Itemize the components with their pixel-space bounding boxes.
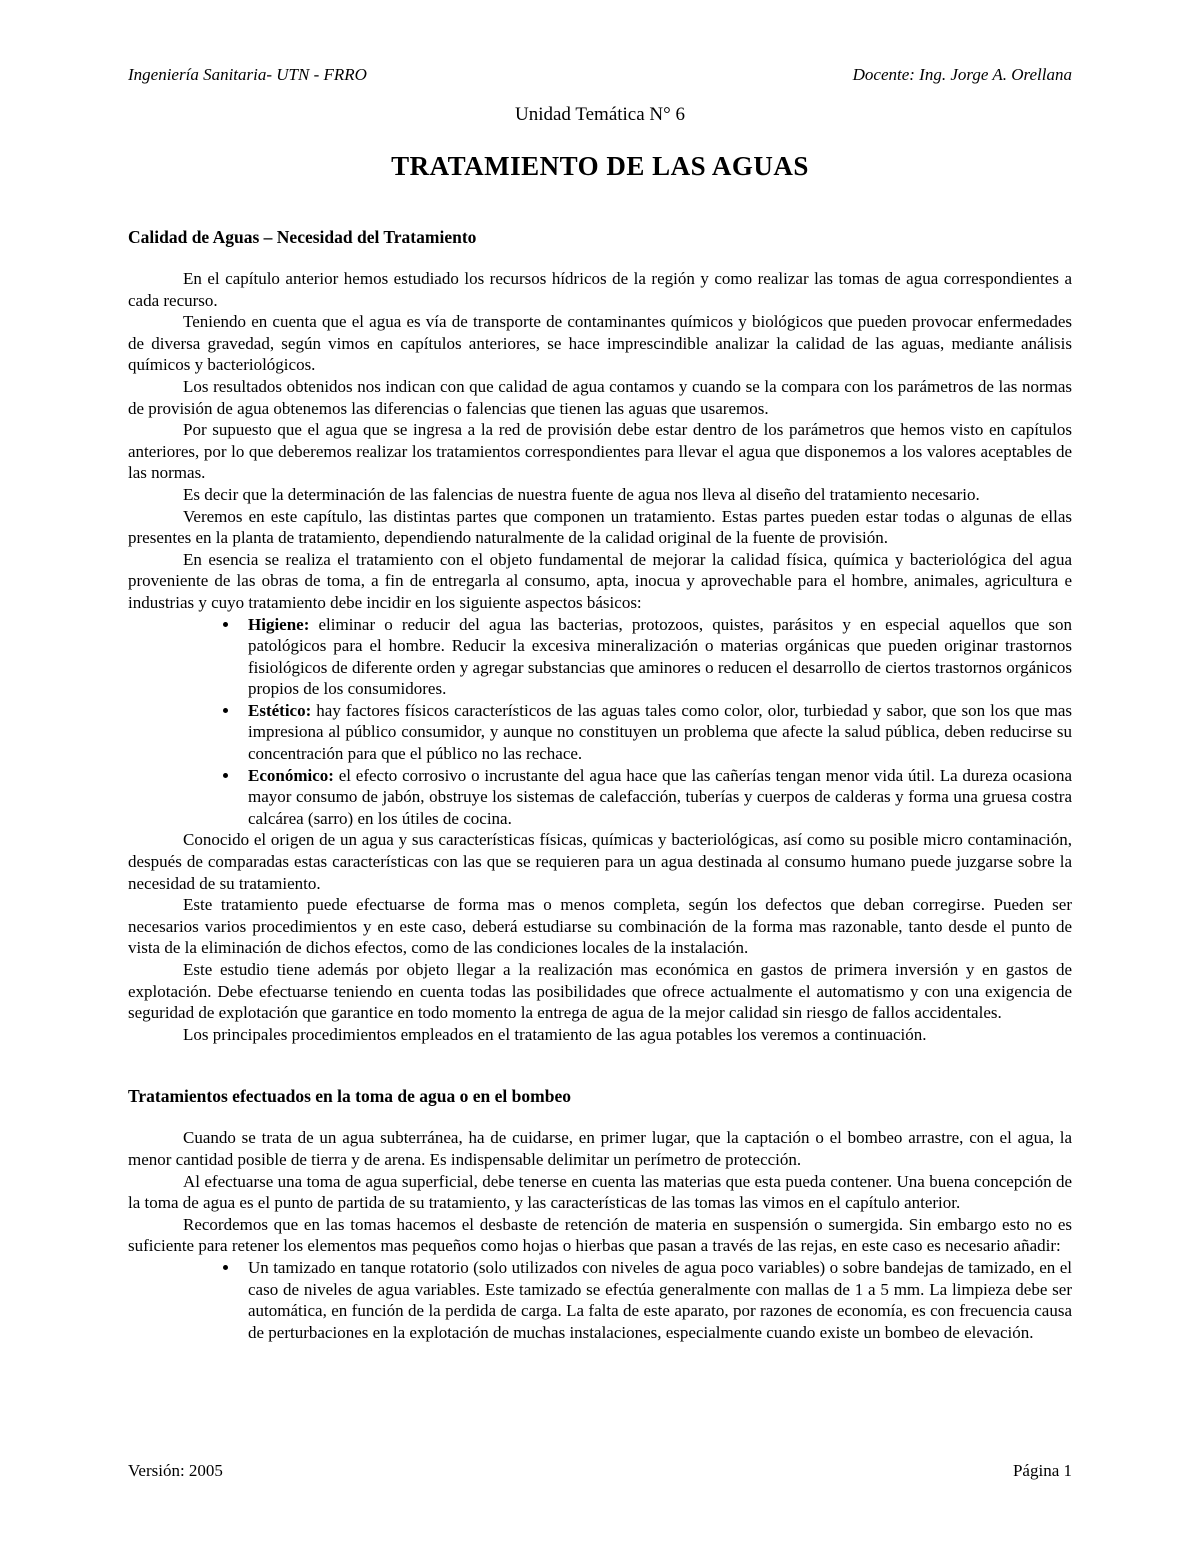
bullet-item: Higiene: eliminar o reducir del agua las… <box>240 614 1072 700</box>
document-footer: Versión: 2005 Página 1 <box>128 1460 1072 1481</box>
paragraph: Recordemos que en las tomas hacemos el d… <box>128 1214 1072 1257</box>
document-header: Ingeniería Sanitaria- UTN - FRRO Docente… <box>128 64 1072 85</box>
bullet-text: el efecto corrosivo o incrustante del ag… <box>248 766 1072 828</box>
bullet-list-tamizado: Un tamizado en tanque rotatorio (solo ut… <box>128 1257 1072 1343</box>
page-content: Ingeniería Sanitaria- UTN - FRRO Docente… <box>0 0 1200 1343</box>
document-title: TRATAMIENTO DE LAS AGUAS <box>128 150 1072 182</box>
section1-heading: Calidad de Aguas – Necesidad del Tratami… <box>128 226 1072 248</box>
paragraph: Por supuesto que el agua que se ingresa … <box>128 419 1072 484</box>
header-course-label: Ingeniería Sanitaria- UTN - FRRO <box>128 64 367 85</box>
paragraph: Conocido el origen de un agua y sus cara… <box>128 829 1072 894</box>
paragraph: Es decir que la determinación de las fal… <box>128 484 1072 506</box>
paragraph: Al efectuarse una toma de agua superfici… <box>128 1171 1072 1214</box>
bullet-item: Estético: hay factores físicos caracterí… <box>240 700 1072 765</box>
bullet-text: hay factores físicos característicos de … <box>248 701 1072 763</box>
section2-heading: Tratamientos efectuados en la toma de ag… <box>128 1085 1072 1107</box>
paragraph: Teniendo en cuenta que el agua es vía de… <box>128 311 1072 376</box>
paragraph: Veremos en este capítulo, las distintas … <box>128 506 1072 549</box>
bullet-list-aspects: Higiene: eliminar o reducir del agua las… <box>128 614 1072 830</box>
bullet-lead: Económico: <box>248 766 334 785</box>
header-teacher-label: Docente: Ing. Jorge A. Orellana <box>853 64 1072 85</box>
document-page: Ingeniería Sanitaria- UTN - FRRO Docente… <box>0 0 1200 1553</box>
paragraph: Este estudio tiene además por objeto lle… <box>128 959 1072 1024</box>
bullet-item: Económico: el efecto corrosivo o incrust… <box>240 765 1072 830</box>
paragraph: Cuando se trata de un agua subterránea, … <box>128 1127 1072 1170</box>
version-label: Versión: 2005 <box>128 1460 223 1481</box>
page-number: Página 1 <box>1013 1460 1072 1481</box>
bullet-lead: Estético: <box>248 701 311 720</box>
paragraph: En esencia se realiza el tratamiento con… <box>128 549 1072 614</box>
paragraph: Los resultados obtenidos nos indican con… <box>128 376 1072 419</box>
unit-subtitle: Unidad Temática N° 6 <box>128 103 1072 126</box>
bullet-text: eliminar o reducir del agua las bacteria… <box>248 615 1072 699</box>
bullet-text: Un tamizado en tanque rotatorio (solo ut… <box>248 1258 1072 1342</box>
paragraph: Los principales procedimientos empleados… <box>128 1024 1072 1046</box>
paragraph: Este tratamiento puede efectuarse de for… <box>128 894 1072 959</box>
bullet-item: Un tamizado en tanque rotatorio (solo ut… <box>240 1257 1072 1343</box>
bullet-lead: Higiene: <box>248 615 309 634</box>
paragraph: En el capítulo anterior hemos estudiado … <box>128 268 1072 311</box>
